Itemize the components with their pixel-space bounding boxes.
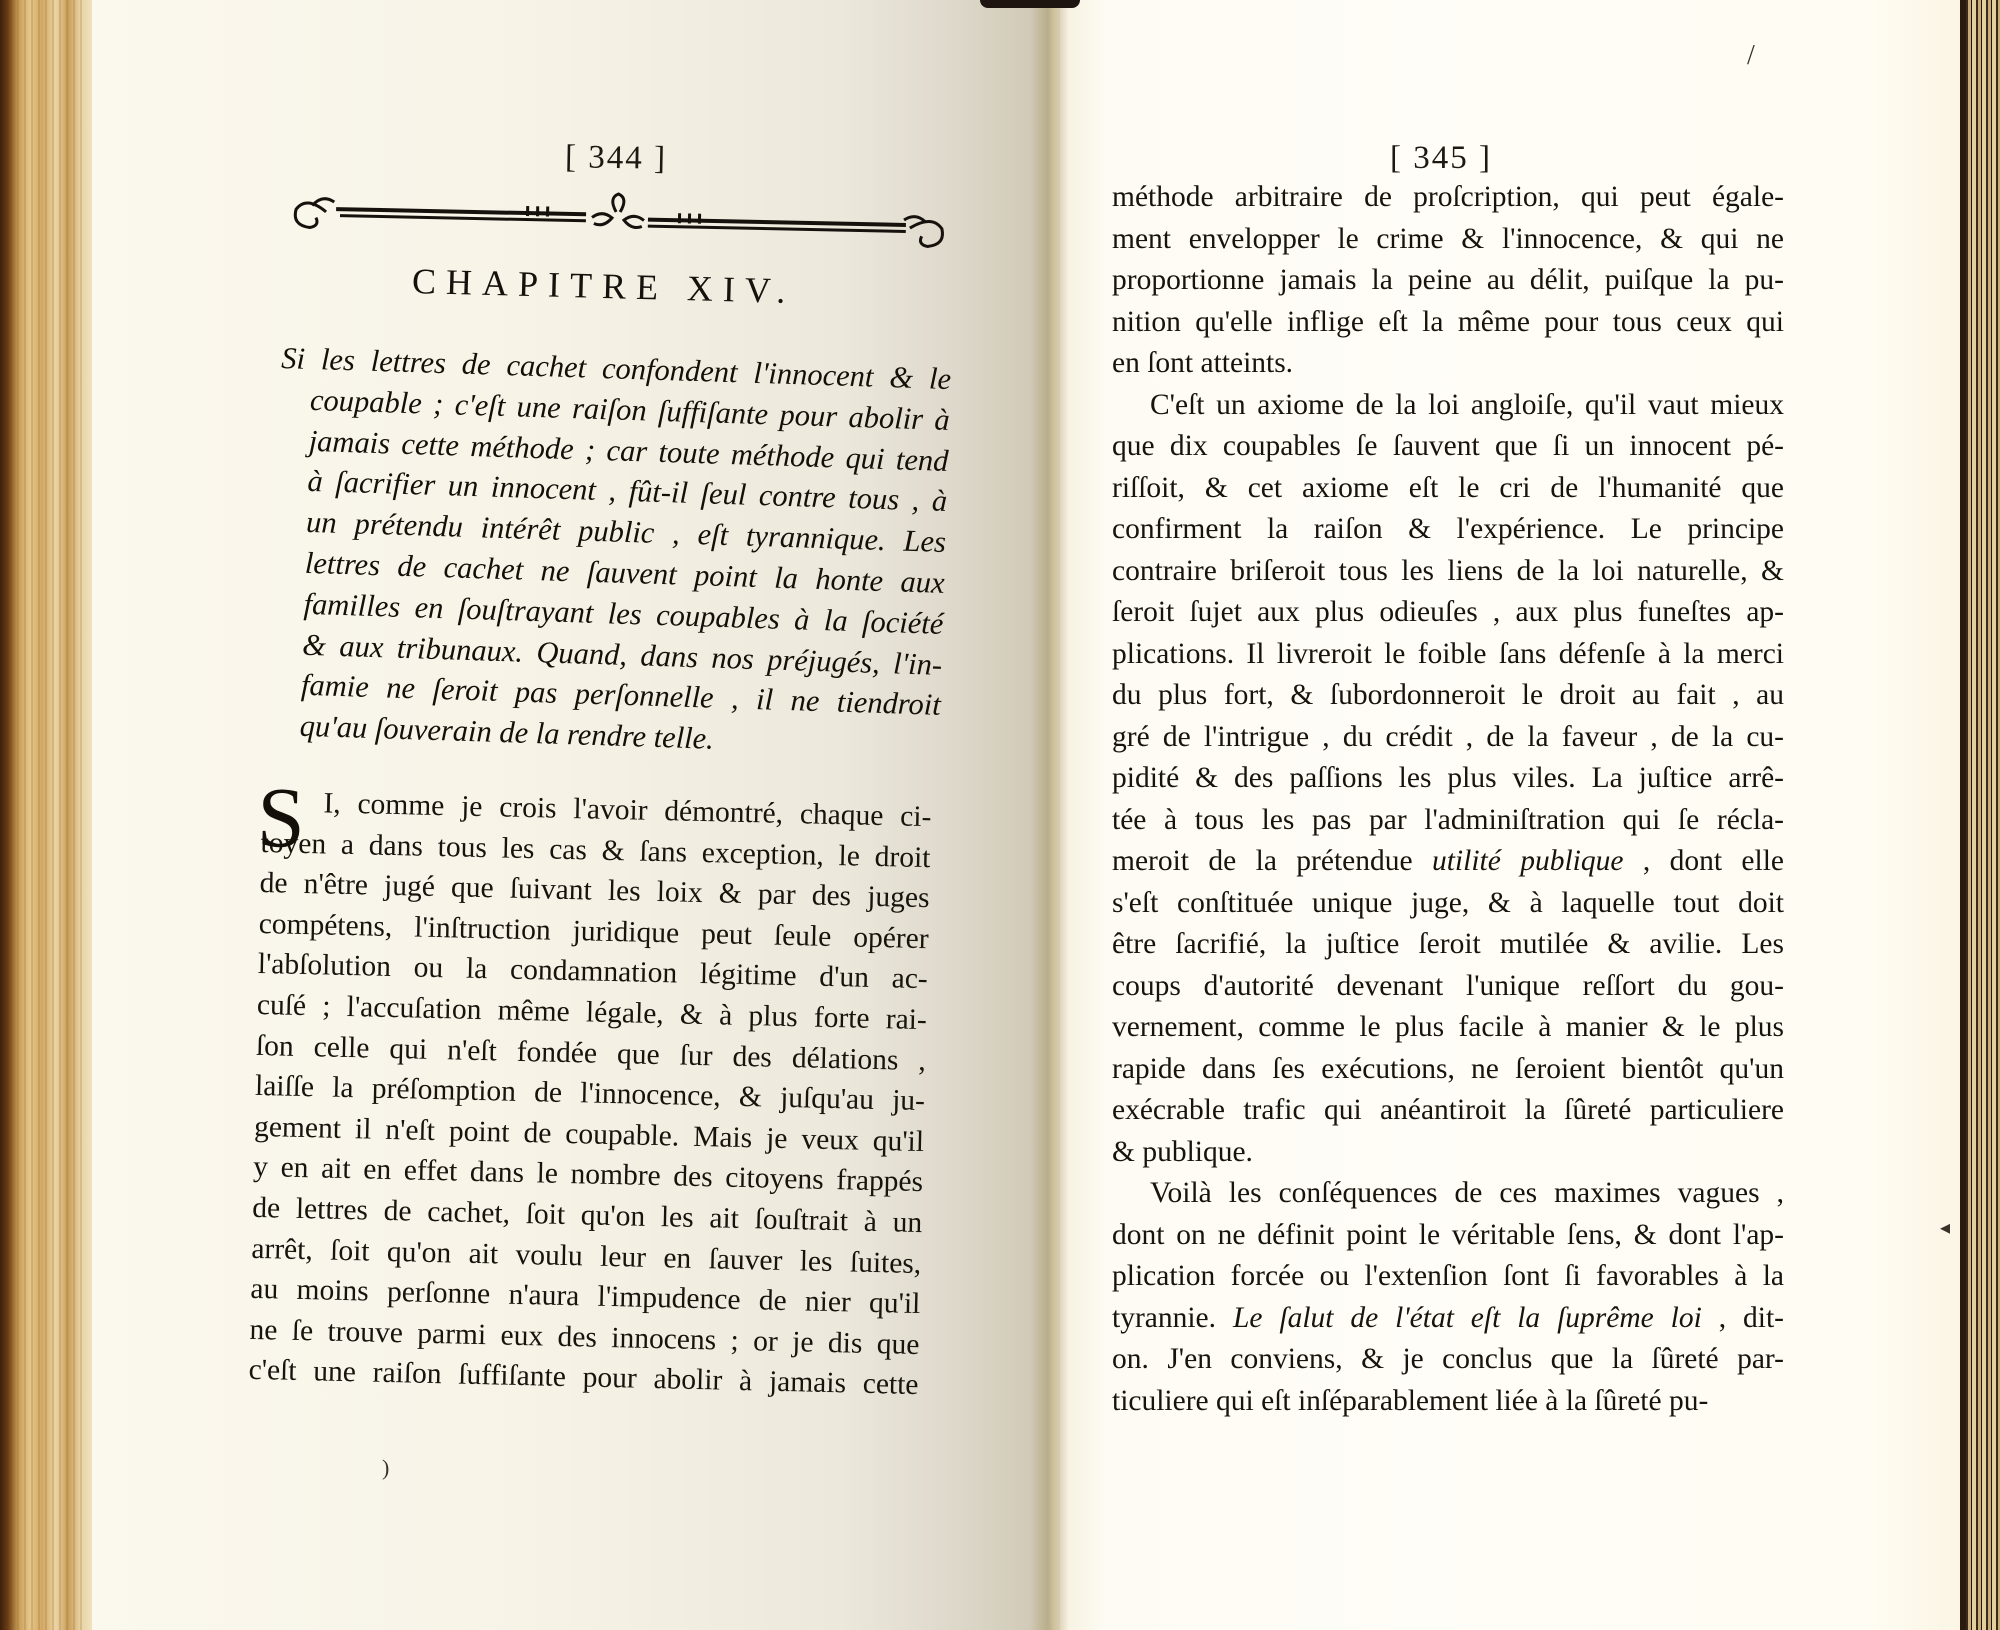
book-gutter <box>1030 0 1070 1630</box>
body-line: gré de l'intrigue , du crédit , de la fa… <box>1112 717 1784 759</box>
body-line: plication forcée ou l'extenſion ſont ſi … <box>1112 1256 1784 1298</box>
body-line: riſſoit, & cet axiome eſt le cri de l'hu… <box>1112 468 1784 510</box>
body-line: confirment la raiſon & l'expérience. Le … <box>1112 509 1784 551</box>
body-line: ment envelopper le crime & l'innocence, … <box>1112 219 1784 261</box>
page-number-right: [ 345 ] <box>1390 140 1492 177</box>
pencil-mark-icon: / <box>1747 40 1755 72</box>
italic-phrase: utilité publique <box>1432 845 1623 877</box>
body-line: Voilà les conſéquences de ces maximes va… <box>1112 1173 1784 1215</box>
body-line: rapide dans ſes exécutions, ne ſeroient … <box>1112 1049 1784 1091</box>
body-line: pidité & des paſſions les plus viles. La… <box>1112 758 1784 800</box>
body-line: meroit de la prétendue utilité publique … <box>1112 841 1784 883</box>
body-line: & publique. <box>1112 1132 1784 1174</box>
body-line: tée à tous les pas par l'adminiſtration … <box>1112 800 1784 842</box>
book-spread: [ 344 ] CHAPITRE XIV. Si les lettres de … <box>0 0 2000 1630</box>
body-line: du plus fort, & ſubordonneroit le droit … <box>1112 675 1784 717</box>
body-line: s'eſt conſtituée unique juge, & à laquel… <box>1112 883 1784 925</box>
chapter-summary: Si les lettres de cachet confondent l'in… <box>269 338 951 767</box>
body-line: C'eſt un axiome de la loi angloiſe, qu'i… <box>1112 385 1784 427</box>
body-line: méthode arbitraire de proſcription, qui … <box>1112 177 1784 219</box>
body-line: nition qu'elle inflige eſt la même pour … <box>1112 302 1784 344</box>
body-line: coups d'autorité devenant l'unique reſſo… <box>1112 966 1784 1008</box>
body-line: ticuliere qui eſt inſéparablement liée à… <box>1112 1381 1784 1423</box>
body-line: contraire briſeroit tous les liens de la… <box>1112 551 1784 593</box>
body-line: exécrable trafic qui anéantiroit la ſûre… <box>1112 1090 1784 1132</box>
drop-cap: S <box>256 774 306 861</box>
body-line: ſeroit ſujet aux plus odieuſes , aux plu… <box>1112 592 1784 634</box>
right-page-body: méthode arbitraire de proſcription, qui … <box>1112 177 1784 1422</box>
body-line: en ſont atteints. <box>1112 343 1784 385</box>
body-line: proportionne jamais la peine au délit, p… <box>1112 260 1784 302</box>
italic-phrase: Le ſalut de l'état eſt la ſuprême loi <box>1233 1302 1702 1334</box>
body-line: dont on ne définit point le véritable ſe… <box>1112 1215 1784 1257</box>
right-page-edges <box>1966 0 2000 1630</box>
body-line: plications. Il livreroit le foible ſans … <box>1112 634 1784 676</box>
body-line: que dix coupables ſe ſauvent que ſi un i… <box>1112 426 1784 468</box>
margin-mark-icon: ◂ <box>1940 1215 1950 1240</box>
page-number-left: [ 344 ] <box>565 139 668 178</box>
body-line: tyrannie. Le ſalut de l'état eſt la ſupr… <box>1112 1298 1784 1340</box>
body-line: on. J'en conviens, & je conclus que la ſ… <box>1112 1339 1784 1381</box>
body-line: être ſacrifié, la juſtice ſeroit mutilée… <box>1112 924 1784 966</box>
body-line: vernement, comme le plus facile à manier… <box>1112 1007 1784 1049</box>
left-page-edges <box>0 0 92 1630</box>
stray-mark-icon: ) <box>382 1455 389 1481</box>
spine-shadow <box>980 0 1080 8</box>
left-page-body: S I, comme je crois l'avoir démontré, ch… <box>248 782 932 1406</box>
